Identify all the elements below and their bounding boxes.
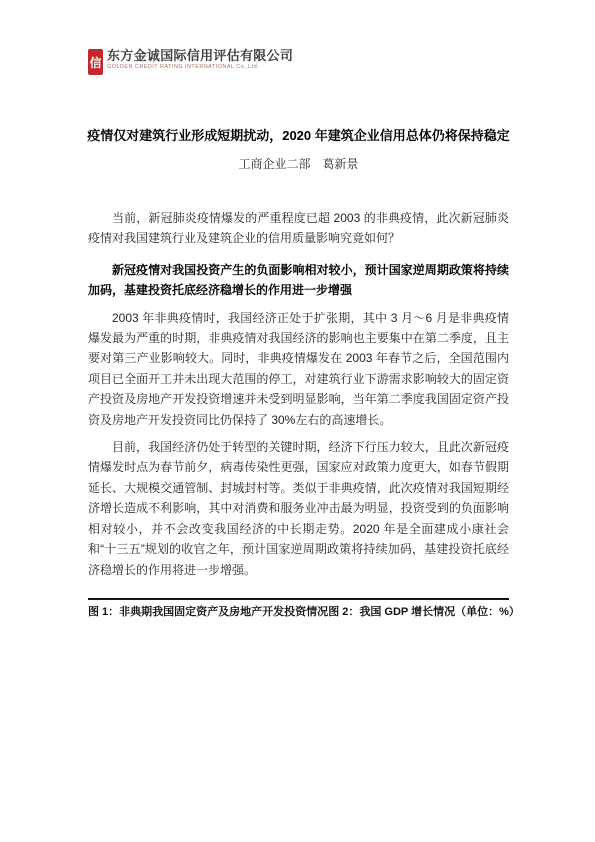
paragraph-current-outlook: 目前，我国经济仍处于转型的关键时期，经济下行压力较大，且此次新冠疫情爆发时点为春… (88, 437, 509, 580)
figure-caption-row: 图 1：非典期我国固定资产及房地产开发投资情况 图 2：我国 GDP 增长情况（… (88, 598, 509, 620)
brand-logo-text: 东方金诚国际信用评估有限公司 GOLDEN CREDIT RATING INTE… (107, 47, 293, 71)
article-body: 当前，新冠肺炎疫情爆发的严重程度已超 2003 的非典疫情，此次新冠肺炎疫情对我… (88, 208, 509, 580)
section-heading: 新冠疫情对我国投资产生的负面影响相对较小，预计国家逆周期政策将持续加码，基建投资… (88, 260, 509, 301)
page-content: 信 东方金诚国际信用评估有限公司 GOLDEN CREDIT RATING IN… (0, 0, 595, 620)
article-byline: 工商企业二部 葛新景 (88, 156, 509, 172)
article-title: 疫情仅对建筑行业形成短期扰动，2020 年建筑企业信用总体仍将保持稳定 (58, 127, 539, 145)
company-name-en: GOLDEN CREDIT RATING INTERNATIONAL Co.,L… (107, 64, 293, 71)
figure-1-caption: 图 1：非典期我国固定资产及房地产开发投资情况 (88, 605, 328, 620)
paragraph-intro: 当前，新冠肺炎疫情爆发的严重程度已超 2003 的非典疫情，此次新冠肺炎疫情对我… (88, 208, 509, 249)
golden-credit-logo-icon: 信 (88, 49, 103, 75)
report-page: 信 东方金诚国际信用评估有限公司 GOLDEN CREDIT RATING IN… (0, 0, 595, 842)
paragraph-sars-2003: 2003 年非典疫情时，我国经济正处于扩张期，其中 3 月～6 月是非典疫情爆发… (88, 308, 509, 430)
brand-logo: 信 东方金诚国际信用评估有限公司 GOLDEN CREDIT RATING IN… (88, 47, 509, 77)
company-name-cn: 东方金诚国际信用评估有限公司 (107, 47, 293, 64)
figure-2-caption: 图 2：我国 GDP 增长情况（单位：%） (328, 605, 520, 620)
